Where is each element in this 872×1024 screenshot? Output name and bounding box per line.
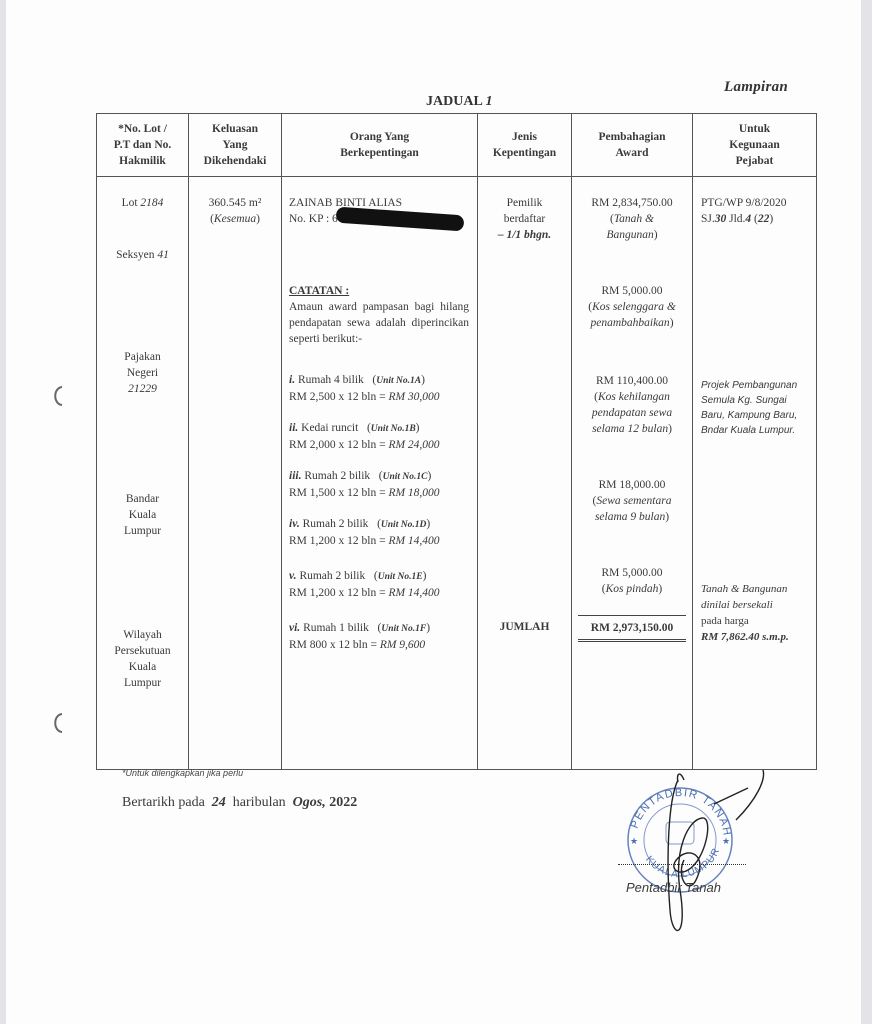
- footnote: *Untuk dilengkapkan jika perlu: [122, 768, 243, 778]
- unit-item: vi. Rumah 1 bilik (Unit No.1F)RM 800 x 1…: [289, 620, 473, 653]
- signatory-title: Pentadbir Tanah: [626, 880, 721, 895]
- area-value: 360.545 m²: [189, 195, 281, 211]
- area-note: (Kesemua): [189, 211, 281, 227]
- cell-interest-type: Pemilik berdaftar – 1/1 bhgn. JUMLAH: [478, 177, 572, 770]
- award-item: RM 18,000.00 (Sewa sementara selama 9 bu…: [572, 477, 692, 525]
- project-description: Projek Pembangunan Semula Kg. Sungai Bar…: [701, 378, 816, 438]
- jumlah-label: JUMLAH: [478, 619, 571, 635]
- cell-office-use: PTG/WP 9/8/2020 SJ.30 Jld.4 (22) Projek …: [693, 177, 817, 770]
- table-row: Lot 2184 Seksyen 41 Pajakan Negeri 21229…: [97, 177, 817, 770]
- col-header-award: Pembahagian Award: [572, 114, 693, 177]
- unit-item: v. Rumah 2 bilik (Unit No.1E)RM 1,200 x …: [289, 568, 473, 601]
- table-header-row: *No. Lot / P.T dan No. Hakmilik Keluasan…: [97, 114, 817, 177]
- owner-ic: No. KP : 6: [289, 211, 469, 227]
- col-header-lot: *No. Lot / P.T dan No. Hakmilik: [97, 114, 189, 177]
- award-item: RM 5,000.00 (Kos pindah): [572, 565, 692, 597]
- svg-text:★: ★: [630, 837, 638, 847]
- pajakan-negeri: Pajakan Negeri 21229: [97, 349, 188, 397]
- col-header-interest-type: Jenis Kepentingan: [478, 114, 572, 177]
- valuation-note: Tanah & Bangunan dinilai bersekali pada …: [701, 581, 816, 645]
- file-reference: PTG/WP 9/8/2020 SJ.30 Jld.4 (22): [701, 195, 816, 227]
- punch-hole-mark-icon: [50, 712, 66, 734]
- lampiran-label: Lampiran: [724, 79, 788, 96]
- award-total: RM 2,973,150.00: [578, 615, 686, 642]
- award-item: RM 5,000.00 (Kos selenggara & penambahba…: [572, 283, 692, 331]
- punch-hole-mark-icon: [50, 385, 66, 407]
- redaction-mark: [335, 207, 464, 232]
- col-header-area: Keluasan Yang Dikehendaki: [189, 114, 282, 177]
- award-schedule-table: *No. Lot / P.T dan No. Hakmilik Keluasan…: [96, 113, 817, 770]
- unit-item: ii. Kedai runcit (Unit No.1B)RM 2,000 x …: [289, 420, 473, 453]
- wilayah: Wilayah Persekutuan Kuala Lumpur: [97, 627, 188, 691]
- col-header-interested-party: Orang Yang Berkepentingan: [282, 114, 478, 177]
- cell-interested-party: ZAINAB BINTI ALIAS No. KP : 6 CATATAN : …: [282, 177, 478, 770]
- award-item: RM 110,400.00 (Kos kehilangan pendapatan…: [572, 373, 692, 437]
- catatan-block: CATATAN : Amaun award pampasan bagi hila…: [289, 283, 469, 347]
- schedule-title: JADUAL 1: [426, 94, 493, 110]
- cell-award: RM 2,834,750.00 (Tanah & Bangunan) RM 5,…: [572, 177, 693, 770]
- date-line: Bertarikh pada 24 haribulan Ogos, 2022: [122, 795, 357, 811]
- svg-text:★: ★: [722, 837, 730, 847]
- unit-item: iii. Rumah 2 bilik (Unit No.1C)RM 1,500 …: [289, 468, 473, 501]
- award-item: RM 2,834,750.00 (Tanah & Bangunan): [572, 195, 692, 243]
- unit-item: i. Rumah 4 bilik (Unit No.1A)RM 2,500 x …: [289, 372, 473, 405]
- seksyen: Seksyen 41: [97, 247, 188, 263]
- unit-item: iv. Rumah 2 bilik (Unit No.1D)RM 1,200 x…: [289, 516, 473, 549]
- lot-number: Lot 2184: [97, 195, 188, 211]
- official-stamp-icon: PENTADBIR TANAH KUALA LUMPUR ★ ★: [618, 760, 778, 950]
- cell-area: 360.545 m² (Kesemua): [189, 177, 282, 770]
- bandar: Bandar Kuala Lumpur: [97, 491, 188, 539]
- svg-text:PENTADBIR TANAH: PENTADBIR TANAH: [629, 787, 733, 838]
- col-header-office-use: Untuk Kegunaan Pejabat: [693, 114, 817, 177]
- signature-line: [618, 864, 746, 865]
- cell-lot: Lot 2184 Seksyen 41 Pajakan Negeri 21229…: [97, 177, 189, 770]
